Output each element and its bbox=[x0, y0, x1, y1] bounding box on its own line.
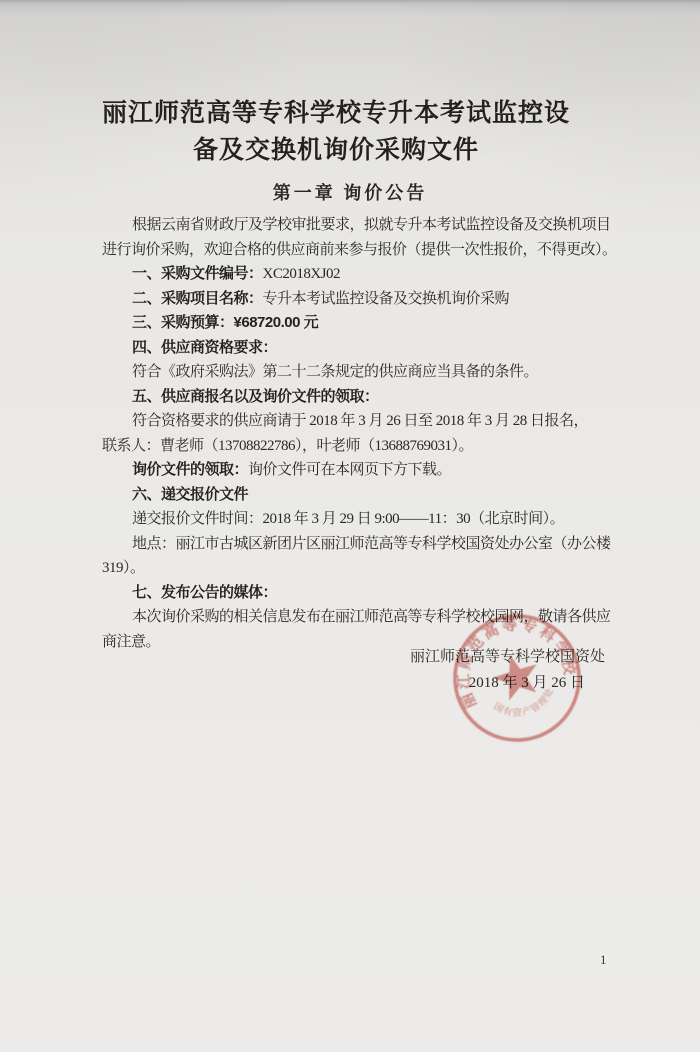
document-line-label: 五、供应商报名以及询价文件的领取： bbox=[132, 388, 379, 405]
document-line-text: 符合资格要求的供应商请于 2018 年 3 月 26 日至 2018 年 3 月… bbox=[132, 413, 588, 429]
document-line: 五、供应商报名以及询价文件的领取： bbox=[102, 385, 632, 410]
document-line: 根据云南省财政厅及学校审批要求，拟就专升本考试监控设备及交换机项目 bbox=[102, 213, 632, 238]
document-line-label: 三、采购预算： bbox=[132, 314, 234, 331]
document-line: 询价文件的领取：询价文件可在本网页下方下载。 bbox=[102, 458, 632, 483]
chapter-heading: 第一章 询价公告 bbox=[0, 180, 700, 206]
document-line-text: 递交报价文件时间：2018 年 3 月 29 日 9:00——11：30（北京时… bbox=[132, 511, 564, 527]
document-line: 进行询价采购，欢迎合格的供应商前来参与报价（提供一次性报价，不得更改）。 bbox=[102, 238, 632, 263]
document-line-label: 四、供应商资格要求： bbox=[132, 339, 277, 356]
svg-text:国有资产管理处: 国有资产管理处 bbox=[489, 683, 561, 727]
document-line-label: ¥68720.00 元 bbox=[234, 314, 319, 331]
document-line-label: 询价文件的领取： bbox=[132, 461, 248, 478]
document-line-text: 专升本考试监控设备及交换机询价采购 bbox=[263, 291, 510, 307]
document-line: 二、采购项目名称：专升本考试监控设备及交换机询价采购 bbox=[102, 287, 632, 312]
document-line: 联系人：曹老师（13708822786），叶老师（13688769031）。 bbox=[102, 434, 632, 459]
document-title: 丽江师范高等专科学校专升本考试监控设 备及交换机询价采购文件 bbox=[0, 0, 686, 169]
document-line: 地点：丽江市古城区新团片区丽江师范高等专科学校国资处办公室（办公楼 bbox=[102, 532, 632, 557]
document-line: 六、递交报价文件 bbox=[102, 483, 632, 508]
document-line: 319）。 bbox=[102, 556, 632, 581]
document-line-text: 联系人：曹老师（13708822786），叶老师（13688769031）。 bbox=[102, 438, 473, 454]
document-line-text: 根据云南省财政厅及学校审批要求，拟就专升本考试监控设备及交换机项目 bbox=[132, 217, 611, 233]
page-number: 1 bbox=[600, 952, 607, 968]
document-line-text: 符合《政府采购法》第二十二条规定的供应商应当具备的条件。 bbox=[132, 364, 538, 380]
document-page: 丽江师范高等专科学校专升本考试监控设 备及交换机询价采购文件 第一章 询价公告 … bbox=[0, 0, 700, 1052]
document-line: 符合资格要求的供应商请于 2018 年 3 月 26 日至 2018 年 3 月… bbox=[102, 409, 632, 434]
title-line-1: 丽江师范高等专科学校专升本考试监控设 bbox=[0, 95, 686, 132]
document-line-label: 七、发布公告的媒体： bbox=[132, 584, 277, 601]
document-line-label: 六、递交报价文件 bbox=[132, 486, 248, 503]
document-line: 递交报价文件时间：2018 年 3 月 29 日 9:00——11：30（北京时… bbox=[102, 507, 632, 532]
document-body: 根据云南省财政厅及学校审批要求，拟就专升本考试监控设备及交换机项目进行询价采购，… bbox=[102, 213, 632, 654]
document-line-text: XC2018XJ02 bbox=[263, 266, 341, 282]
document-line: 三、采购预算：¥68720.00 元 bbox=[102, 311, 632, 336]
document-line: 四、供应商资格要求： bbox=[102, 336, 632, 361]
title-line-2: 备及交换机询价采购文件 bbox=[0, 132, 686, 169]
document-line-label: 一、采购文件编号： bbox=[132, 265, 263, 282]
document-line-text: 询价文件可在本网页下方下载。 bbox=[248, 462, 451, 478]
document-line-text: 商注意。 bbox=[102, 634, 160, 650]
seal-bottom-text: 国有资产管理处 bbox=[489, 683, 561, 727]
document-line: 一、采购文件编号：XC2018XJ02 bbox=[102, 262, 632, 287]
document-line-text: 进行询价采购，欢迎合格的供应商前来参与报价（提供一次性报价，不得更改）。 bbox=[102, 242, 617, 258]
document-line: 符合《政府采购法》第二十二条规定的供应商应当具备的条件。 bbox=[102, 360, 632, 385]
document-line-text: 319）。 bbox=[102, 560, 145, 576]
document-line-label: 二、采购项目名称： bbox=[132, 290, 263, 307]
seal-star-icon bbox=[488, 648, 544, 703]
document-line-text: 地点：丽江市古城区新团片区丽江师范高等专科学校国资处办公室（办公楼 bbox=[132, 536, 611, 552]
